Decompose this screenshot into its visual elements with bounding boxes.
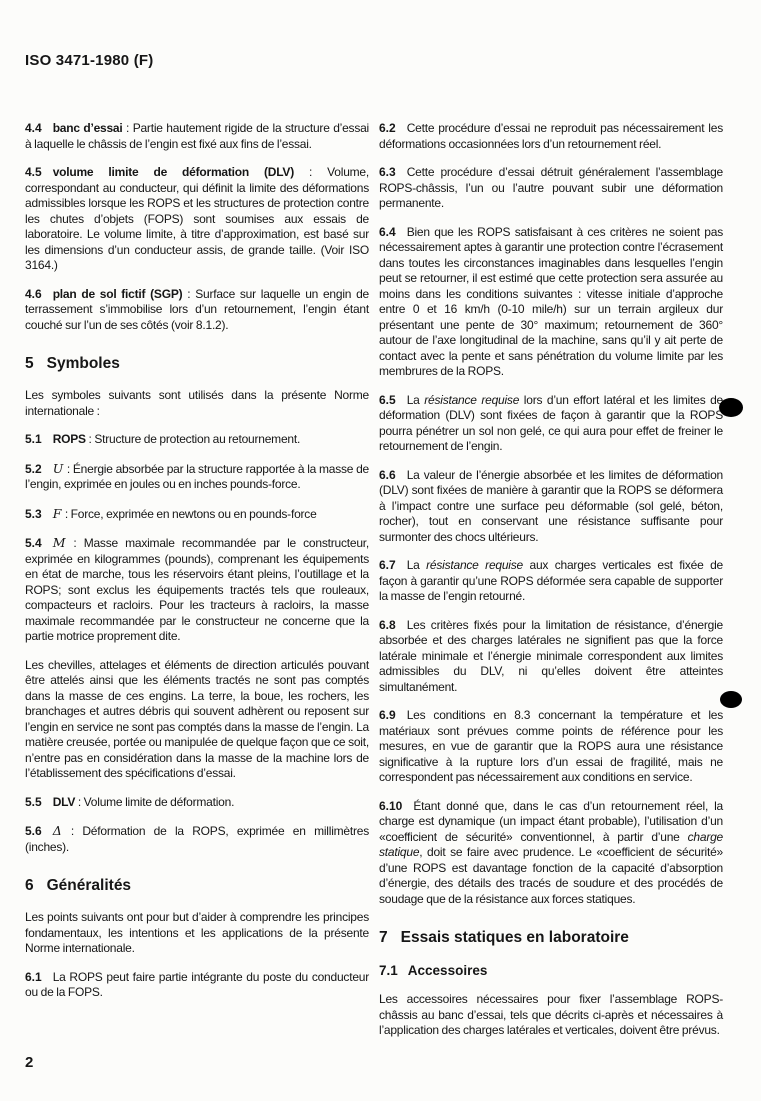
text-run: Les symboles suivants sont utilisés dans… bbox=[25, 388, 372, 418]
clause-number: 7 bbox=[379, 929, 388, 946]
text-run: ROPS bbox=[53, 432, 86, 446]
section-6-heading: 6Généralités bbox=[25, 877, 369, 894]
clause-number: 6.1 bbox=[25, 970, 42, 984]
section-7-heading: 7Essais statiques en laboratoire bbox=[379, 929, 723, 946]
clause-number: 6.10 bbox=[379, 799, 402, 813]
text-run: : Énergie absorbée par la structure rapp… bbox=[25, 462, 372, 492]
text-run: : Structure de protection au retournemen… bbox=[86, 432, 300, 446]
text-run: banc d’essai bbox=[53, 121, 123, 135]
clause-6-3: 6.3Cette procédure d’essai détruit génér… bbox=[379, 165, 723, 212]
text-run: Les critères fixés pour la limitation de… bbox=[379, 618, 726, 694]
text-run: : Force, exprimée en newtons ou en pound… bbox=[62, 507, 316, 521]
document-reference: ISO 3471-1980 (F) bbox=[25, 52, 153, 69]
text-run: Les conditions en 8.3 concernant la temp… bbox=[379, 708, 726, 784]
text-run: Les points suivants ont pour but d’aider… bbox=[25, 910, 372, 955]
clause-number: 5 bbox=[25, 355, 34, 372]
clause-number: 6 bbox=[25, 877, 34, 894]
page-number: 2 bbox=[25, 1054, 33, 1071]
clause-number: 5.1 bbox=[25, 432, 42, 446]
symbol-letter: Δ bbox=[53, 823, 62, 838]
text-run: Cette procédure d’essai ne reproduit pas… bbox=[379, 121, 726, 151]
clause-number: 6.8 bbox=[379, 618, 396, 632]
clause-5-4: 5.4M : Masse maximale recommandée par le… bbox=[25, 535, 369, 645]
heading-title: Essais statiques en laboratoire bbox=[401, 929, 629, 946]
right-column: 6.2Cette procédure d’essai ne reproduit … bbox=[379, 121, 723, 1052]
clause-number: 4.5 bbox=[25, 165, 42, 179]
clause-number: 6.5 bbox=[379, 393, 396, 407]
clause-6-6: 6.6La valeur de l’énergie absorbée et le… bbox=[379, 468, 723, 546]
text-run: DLV bbox=[53, 795, 75, 809]
clause-6-4: 6.4Bien que les ROPS satisfaisant à ces … bbox=[379, 225, 723, 380]
clause-5-2: 5.2U : Énergie absorbée par la structure… bbox=[25, 461, 369, 493]
clause-number: 4.6 bbox=[25, 287, 42, 301]
clause-6-9: 6.9Les conditions en 8.3 concernant la t… bbox=[379, 708, 723, 786]
text-run: résistance requise bbox=[426, 558, 523, 572]
text-run: : Volume, correspondant au conducteur, q… bbox=[25, 165, 372, 272]
clause-number: 6.4 bbox=[379, 225, 396, 239]
symbol-letter: M bbox=[53, 535, 66, 550]
heading-title: Accessoires bbox=[408, 963, 488, 978]
text-run: , doit se faire avec prudence. Le «coeff… bbox=[379, 845, 726, 906]
clause-6-10: 6.10Étant donné que, dans le cas d’un re… bbox=[379, 799, 723, 908]
clause-number: 5.6 bbox=[25, 824, 42, 838]
punch-hole-bottom bbox=[720, 691, 742, 708]
clause-7-1-heading: 7.1Accessoires bbox=[379, 963, 723, 978]
clause-5-4-note: Les chevilles, attelages et éléments de … bbox=[25, 658, 369, 782]
text-run: Étant donné que, dans le cas d’un retour… bbox=[379, 799, 726, 844]
clause-7-1-intro: Les accessoires nécessaires pour fixer l… bbox=[379, 992, 723, 1039]
text-run: : Déformation de la ROPS, exprimée en mi… bbox=[25, 824, 372, 854]
clause-number: 7.1 bbox=[379, 963, 398, 978]
clause-number: 6.6 bbox=[379, 468, 396, 482]
text-run: résistance requise bbox=[424, 393, 519, 407]
text-run: La valeur de l’énergie absorbée et les l… bbox=[379, 468, 726, 544]
clause-4-4: 4.4banc d’essai : Partie hautement rigid… bbox=[25, 121, 369, 152]
text-run: : Volume limite de déformation. bbox=[75, 795, 234, 809]
clause-6-7: 6.7La résistance requise aux charges ver… bbox=[379, 558, 723, 605]
symbol-letter: U bbox=[53, 461, 63, 476]
section-5-intro: Les symboles suivants sont utilisés dans… bbox=[25, 388, 369, 419]
clause-number: 6.2 bbox=[379, 121, 396, 135]
text-run: La ROPS peut faire partie intégrante du … bbox=[25, 970, 372, 1000]
symbol-letter: F bbox=[53, 506, 61, 521]
clause-5-6: 5.6Δ : Déformation de la ROPS, exprimée … bbox=[25, 823, 369, 855]
heading-title: Généralités bbox=[47, 877, 131, 894]
text-run: Bien que les ROPS satisfaisant à ces cri… bbox=[379, 225, 726, 379]
clause-4-5: 4.5volume limite de déformation (DLV) : … bbox=[25, 165, 369, 274]
clause-number: 6.3 bbox=[379, 165, 396, 179]
clause-number: 5.5 bbox=[25, 795, 42, 809]
text-run: La bbox=[407, 558, 426, 572]
text-run: Les accessoires nécessaires pour fixer l… bbox=[379, 992, 726, 1037]
document-page: ISO 3471-1980 (F) 4.4banc d’essai : Part… bbox=[0, 0, 761, 1101]
clause-6-8: 6.8Les critères fixés pour la limitation… bbox=[379, 618, 723, 696]
clause-number: 5.3 bbox=[25, 507, 42, 521]
heading-title: Symboles bbox=[47, 355, 120, 372]
section-6-intro: Les points suivants ont pour but d’aider… bbox=[25, 910, 369, 957]
clause-number: 6.9 bbox=[379, 708, 396, 722]
clause-6-2: 6.2Cette procédure d’essai ne reproduit … bbox=[379, 121, 723, 152]
clause-number: 5.4 bbox=[25, 536, 42, 550]
clause-5-1: 5.1ROPS : Structure de protection au ret… bbox=[25, 432, 369, 448]
text-run: La bbox=[407, 393, 425, 407]
content-columns: 4.4banc d’essai : Partie hautement rigid… bbox=[25, 121, 723, 1052]
text-run: volume limite de déformation (DLV) bbox=[53, 165, 294, 179]
text-run: : Masse maximale recommandée par le cons… bbox=[25, 536, 372, 643]
clause-5-5: 5.5DLV : Volume limite de déformation. bbox=[25, 795, 369, 811]
text-run: Cette procédure d’essai détruit générale… bbox=[379, 165, 726, 210]
clause-5-3: 5.3F : Force, exprimée en newtons ou en … bbox=[25, 506, 369, 523]
section-5-heading: 5Symboles bbox=[25, 355, 369, 372]
clause-number: 6.7 bbox=[379, 558, 396, 572]
clause-6-1: 6.1La ROPS peut faire partie intégrante … bbox=[25, 970, 369, 1001]
text-run: Les chevilles, attelages et éléments de … bbox=[25, 658, 372, 781]
clause-number: 4.4 bbox=[25, 121, 42, 135]
punch-hole-top bbox=[719, 398, 743, 417]
clause-6-5: 6.5La résistance requise lors d’un effor… bbox=[379, 393, 723, 455]
left-column: 4.4banc d’essai : Partie hautement rigid… bbox=[25, 121, 369, 1052]
text-run: plan de sol fictif (SGP) bbox=[53, 287, 183, 301]
clause-4-6: 4.6plan de sol fictif (SGP) : Surface su… bbox=[25, 287, 369, 334]
clause-number: 5.2 bbox=[25, 462, 42, 476]
